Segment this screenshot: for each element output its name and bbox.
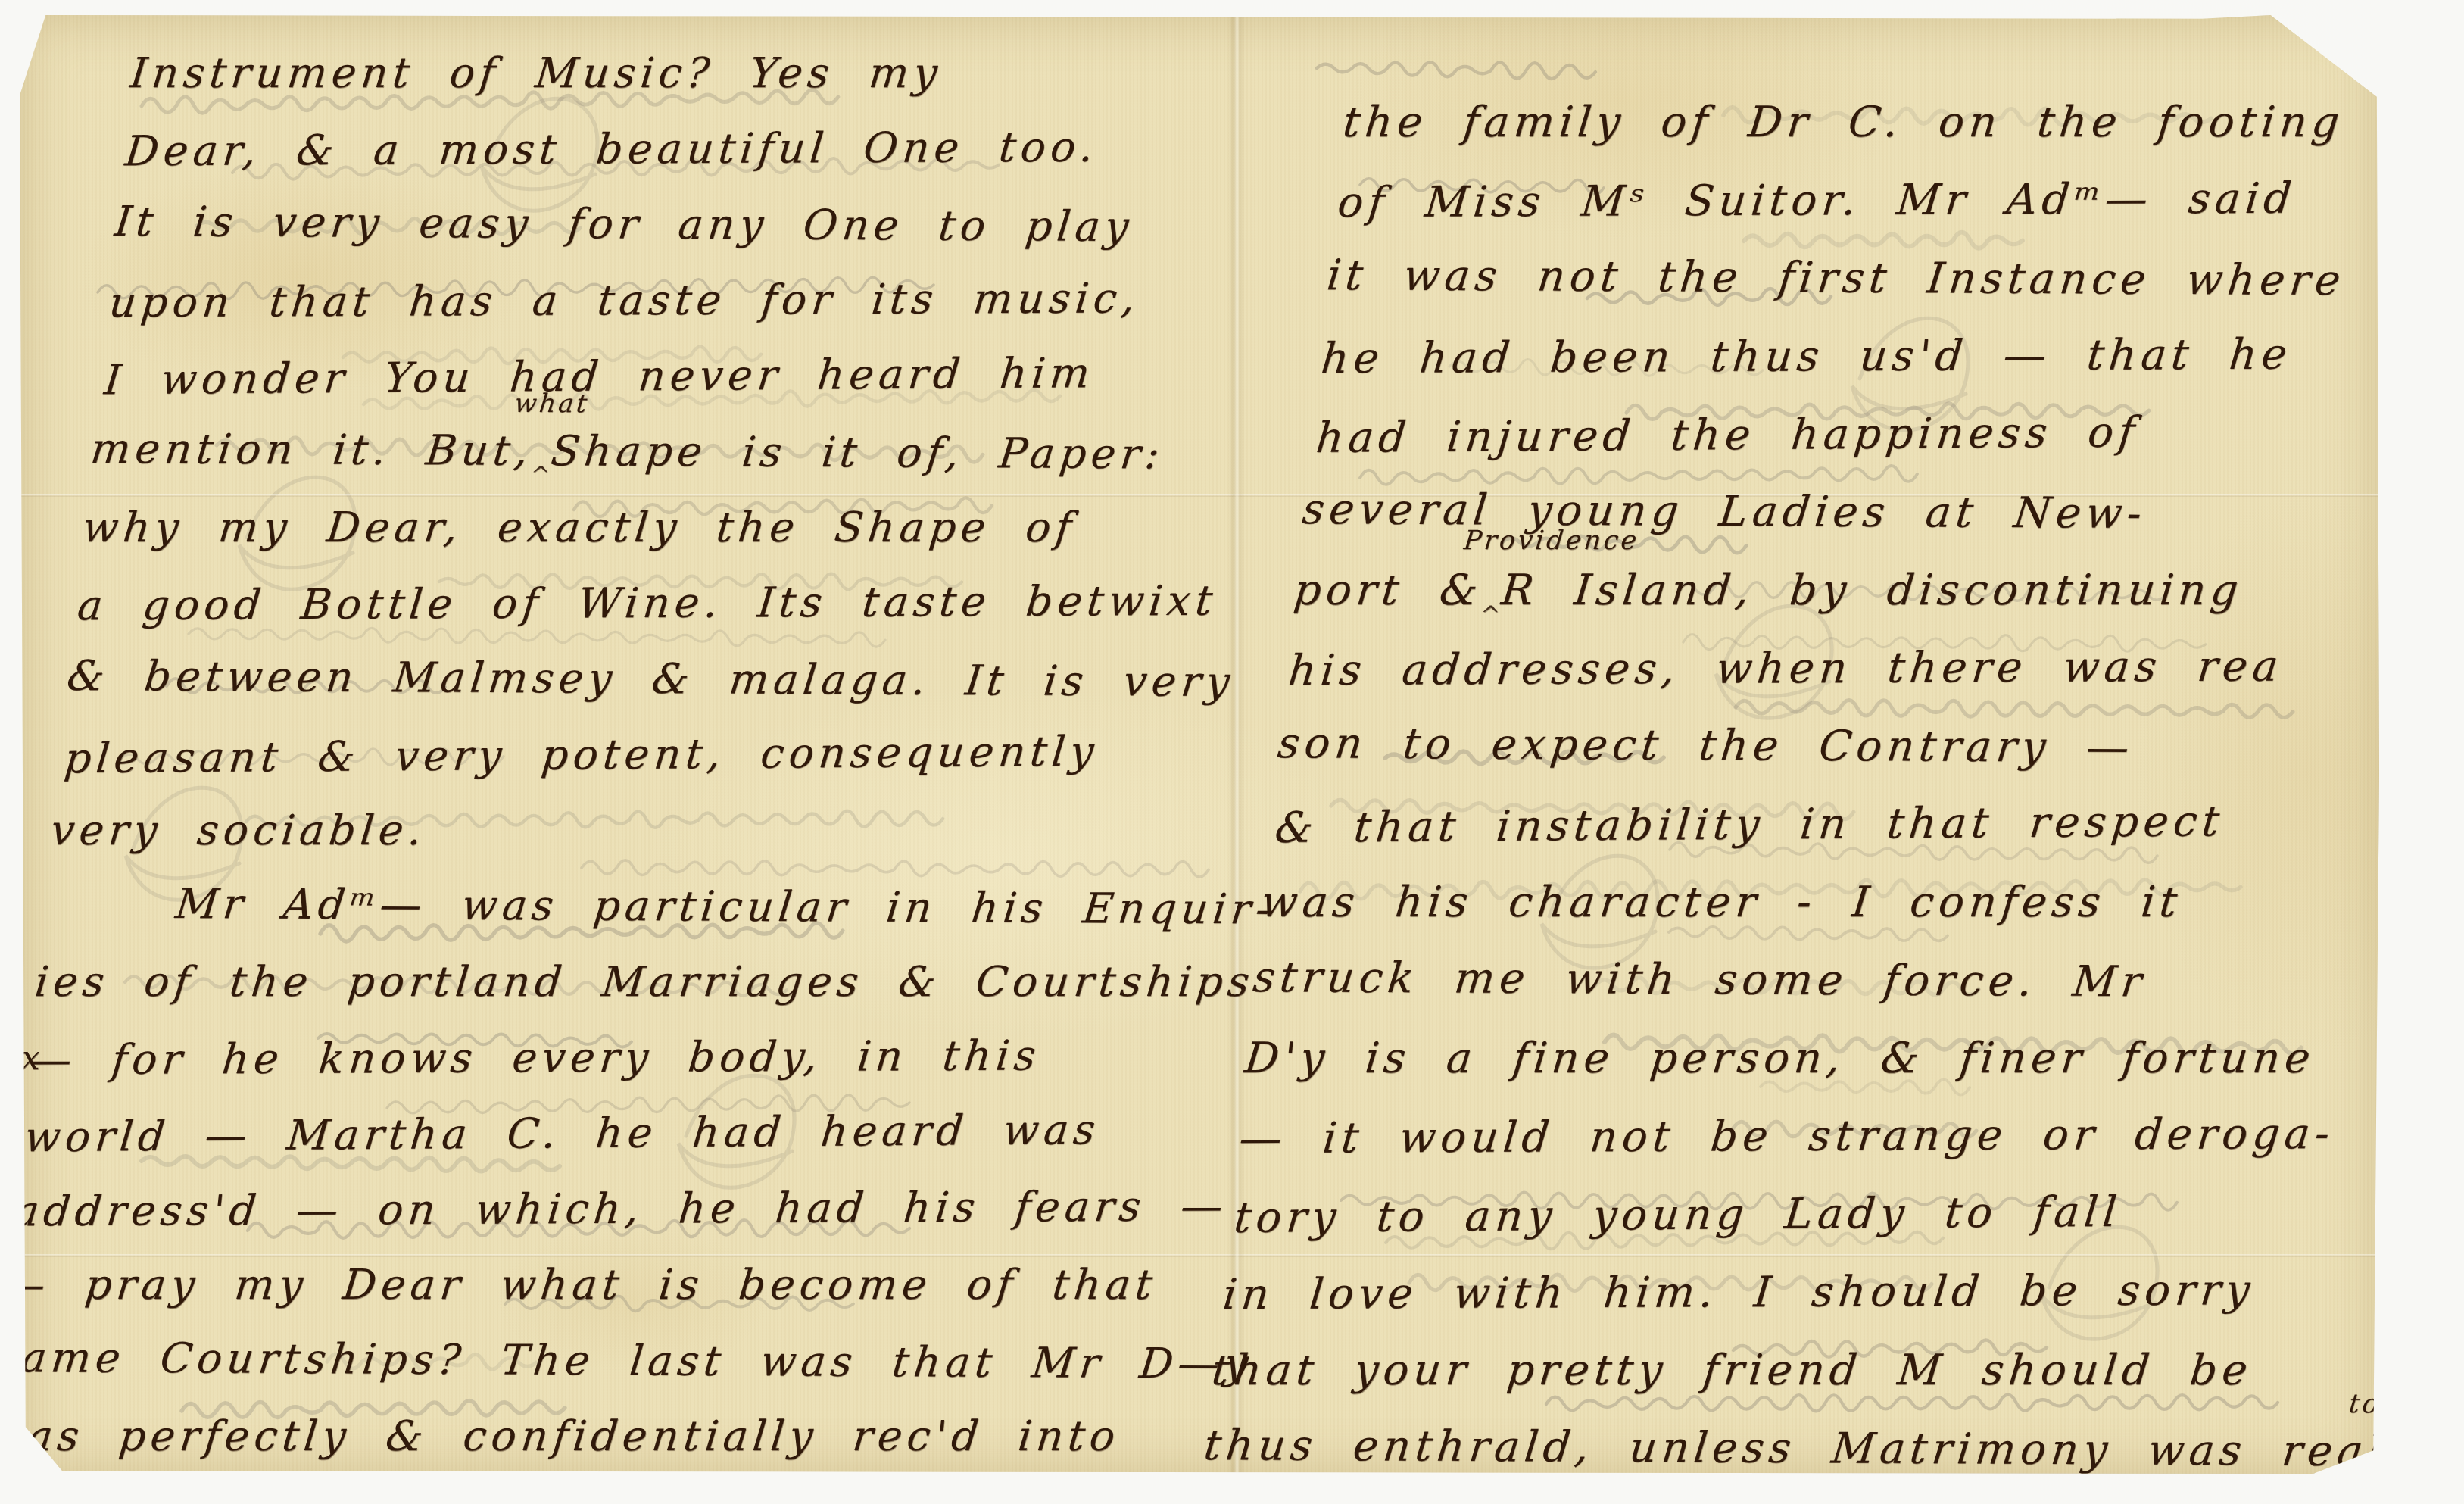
handwritten-line-with-insertion: mention it. But,^whatShape is it of, Pap…	[87, 410, 1246, 492]
handwritten-line: It is very easy for any One to play	[111, 183, 1269, 265]
handwritten-line: world — Martha C. he had heard was	[21, 1091, 1181, 1175]
handwritten-line: had injured the happiness of	[1312, 392, 2379, 477]
insertion: ^what	[531, 423, 554, 465]
handwritten-line: — for he knows every body, in this	[27, 1017, 1186, 1098]
line-segment: thus enthrald, unless Matrimony was real…	[1202, 1421, 2379, 1474]
handwritten-line: son to expect the Contrary —	[1274, 704, 2379, 788]
handwritten-line: in love with him. I should be sorry	[1219, 1251, 2341, 1334]
handwritten-line: — pray my Dear what is become of that	[20, 1247, 1159, 1322]
handwritten-line: Dear, & a most beautiful One too.	[122, 108, 1281, 189]
handwritten-line-with-insertion: thus enthrald, unless Matrimony was real…	[1200, 1406, 2322, 1474]
handwritten-line: of Miss Mˢ Suitor. Mr Adᵐ— said	[1334, 159, 2379, 242]
handwritten-line-with-insertion: port &^ProvidenceR Island, by discontinu…	[1290, 551, 2379, 629]
handwritten-line: several young Ladies at New-	[1299, 470, 2379, 554]
handwritten-line: very sociable.	[47, 792, 1206, 868]
handwritten-line: & that instability in that respect	[1271, 782, 2379, 867]
handwritten-line: Mr Adᵐ— was particular in his Enquir-	[39, 865, 1198, 947]
handwritten-line: I wonder You had never heard him	[101, 334, 1260, 418]
letter-paper: x Instrument of Music? Yes my Dear, & a …	[20, 15, 2379, 1474]
inserted-word: Providence	[1460, 502, 1643, 580]
handwritten-line: ies of the portland Marriages & Courtshi…	[31, 944, 1190, 1019]
handwritten-line: tory to any young Lady to fall	[1230, 1172, 2352, 1257]
handwritten-line: pleasant & very potent, consequently	[61, 713, 1221, 797]
handwritten-line: it was not the first Instance where	[1323, 236, 2379, 320]
handwritten-line: a good Bottle of Wine. Its taste betwixt	[74, 563, 1234, 644]
handwritten-line: address'd — on which, he had his fears —	[20, 1169, 1169, 1250]
handwritten-line: & between Malmsey & malaga. It is very	[63, 638, 1221, 719]
handwritten-line: was perfectly & confidentially rec'd int…	[20, 1398, 1143, 1474]
handwritten-line: the family of Dr C. on the footing	[1340, 83, 2379, 161]
handwritten-line: upon that has a taste for its music,	[106, 260, 1265, 341]
handwritten-line: his addresses, when there was rea	[1285, 627, 2379, 710]
handwritten-line: Instrument of Music? Yes my	[126, 35, 1286, 111]
handwritten-line: why my Dear, exactly the Shape of	[79, 489, 1238, 565]
line-segment: Shape is it of, Paper:	[549, 426, 1167, 478]
handwritten-line: was his character - I confess it	[1257, 863, 2378, 941]
handwritten-line: D'y is a fine person, & finer fortune	[1241, 1019, 2363, 1097]
handwritten-line: same Courtships? The last was that Mr D—…	[20, 1319, 1150, 1401]
handwritten-line: — it would not be strange or deroga-	[1236, 1095, 2357, 1178]
insertion: ^Providence	[1481, 562, 1505, 604]
left-page: Instrument of Music? Yes my Dear, & a mo…	[20, 35, 1286, 1474]
handwritten-line: he had been thus us'd — that he	[1318, 315, 2379, 398]
inserted-word: to succeed.	[2345, 1365, 2379, 1444]
letter-scan: x Instrument of Music? Yes my Dear, & a …	[0, 0, 2464, 1504]
line-segment: mention it. But,	[89, 424, 535, 475]
inserted-word: what	[510, 366, 594, 442]
line-segment: port &	[1292, 566, 1485, 615]
handwritten-line: struck me with some force. Mr	[1249, 938, 2371, 1022]
handwritten-line: that your pretty friend M should be	[1208, 1331, 2329, 1409]
right-page: the family of Dr C. on the footing of Mi…	[1200, 83, 2379, 1474]
